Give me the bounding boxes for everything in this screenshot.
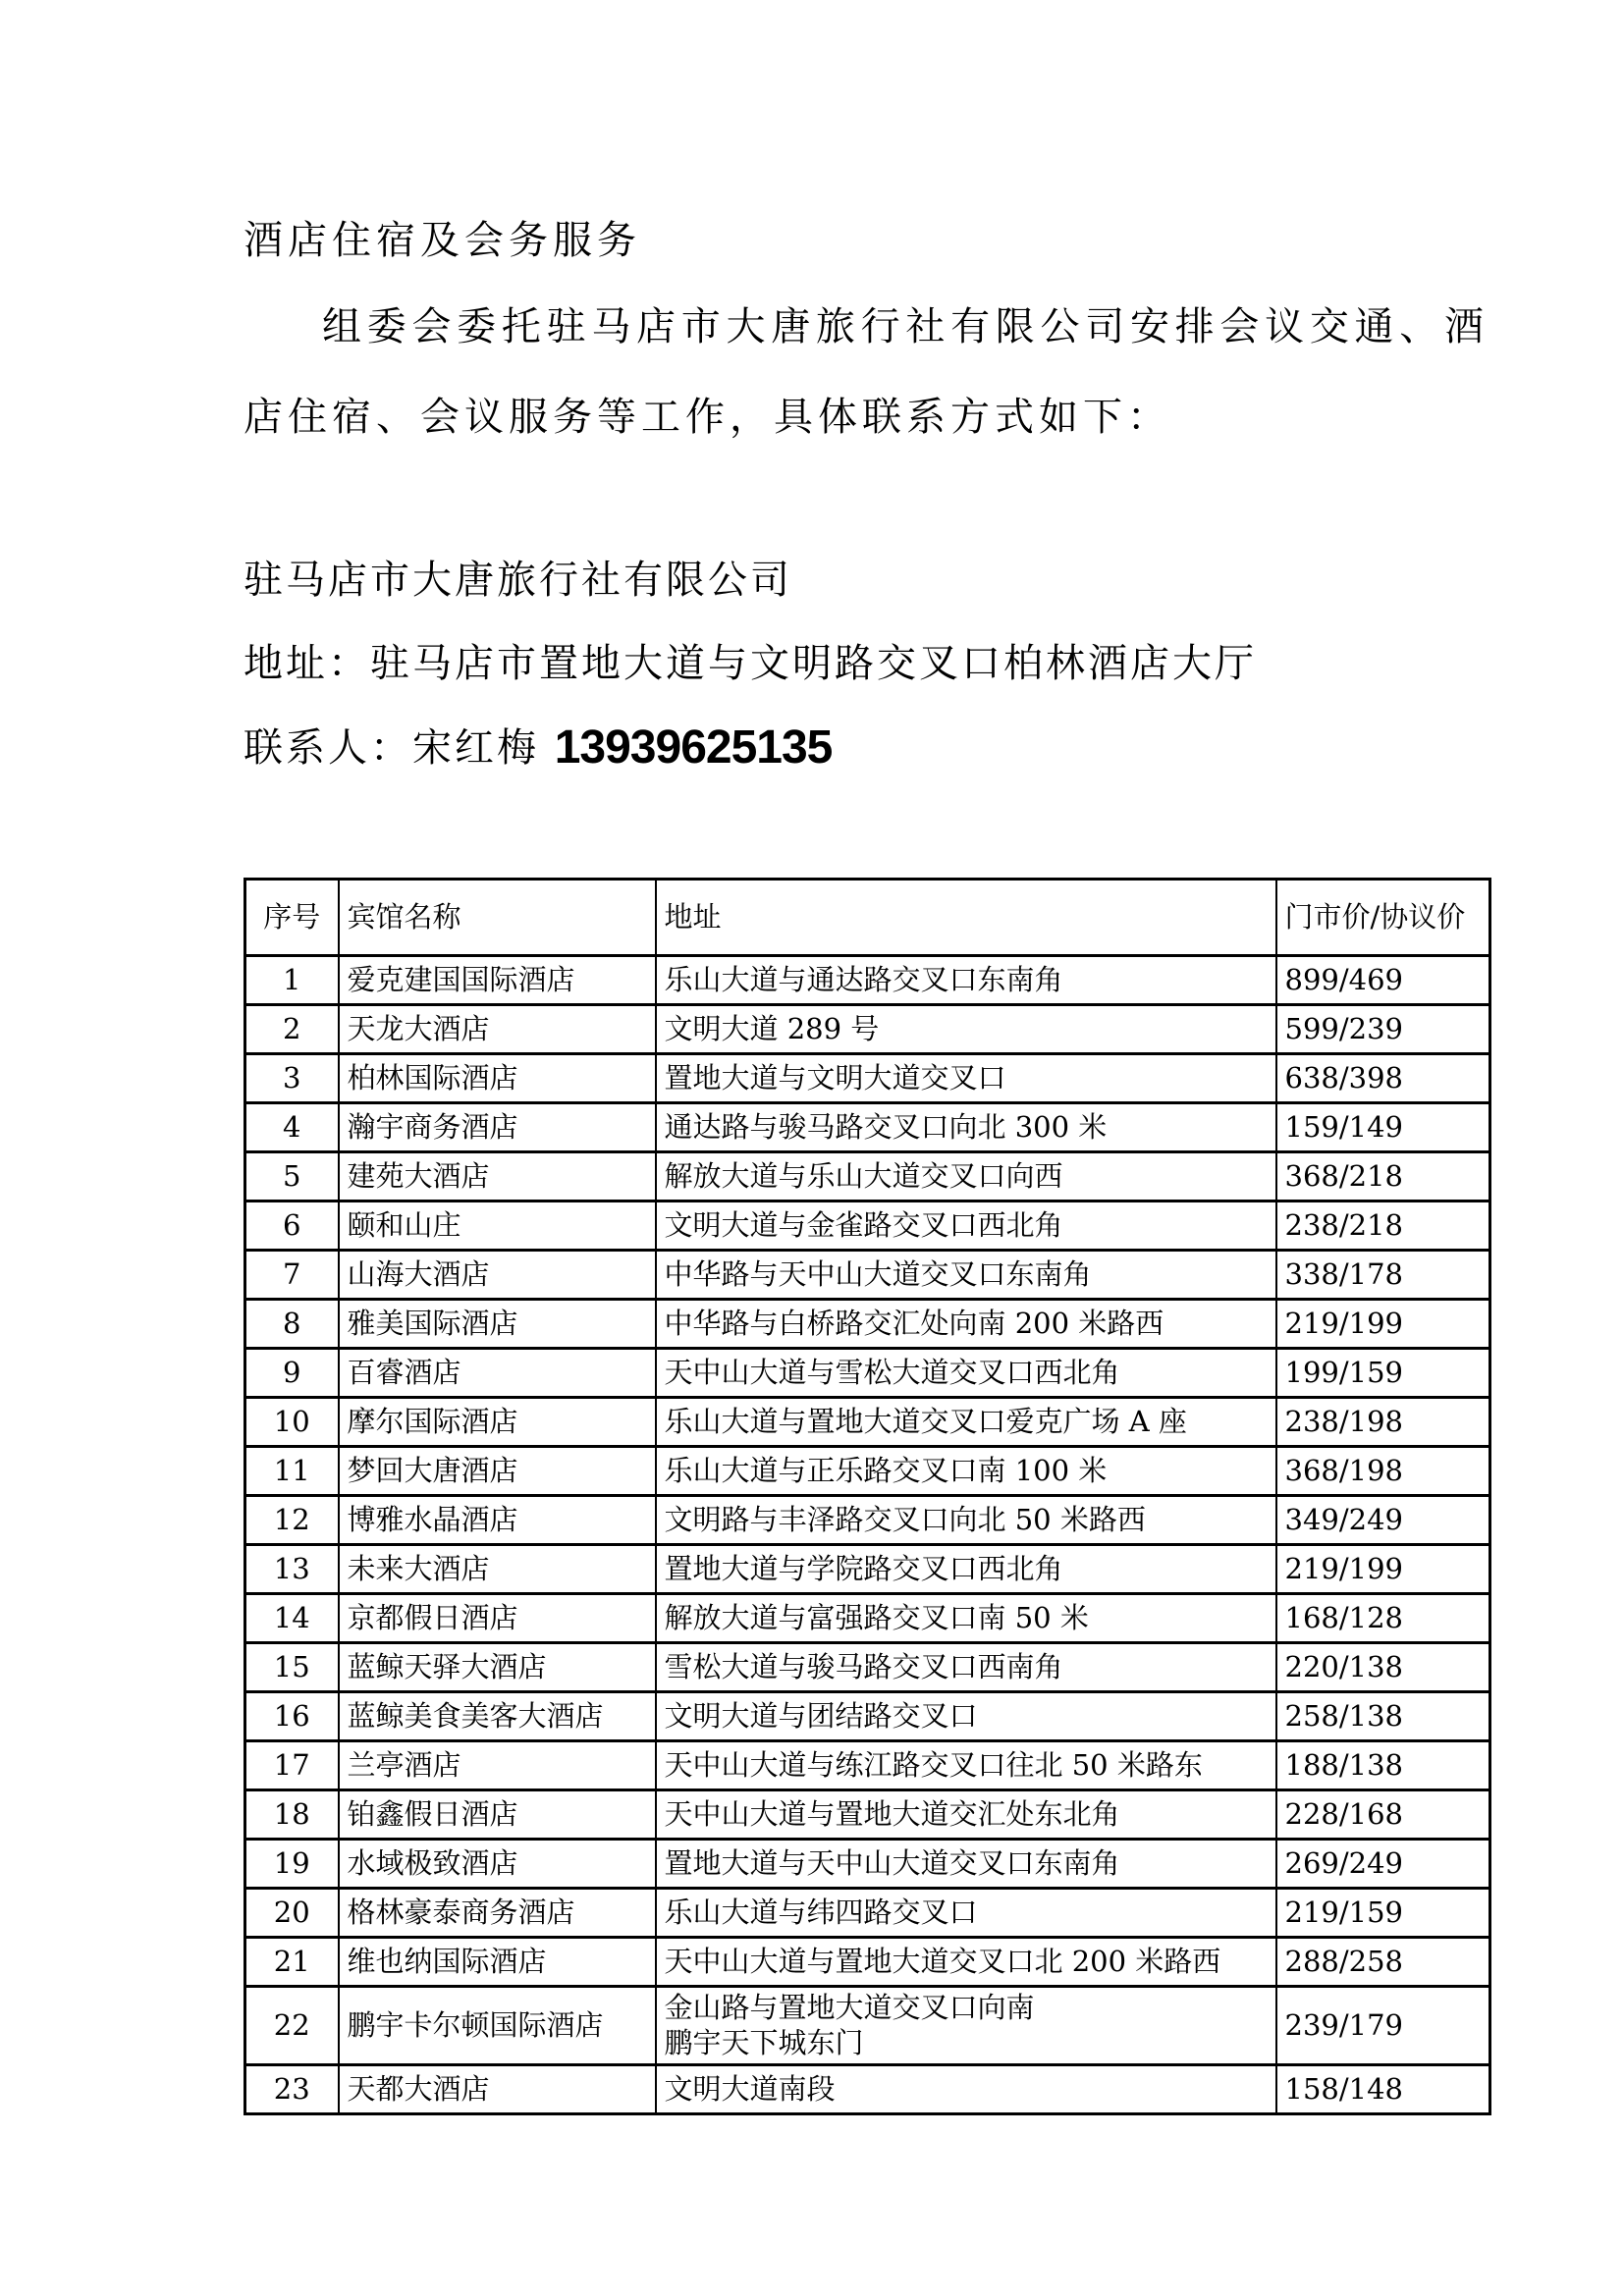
- hotel-name: 未来大酒店: [339, 1545, 656, 1594]
- hotel-price: 638/398: [1276, 1054, 1490, 1103]
- company-name: 驻马店市大唐旅行社有限公司: [244, 539, 1489, 622]
- hotel-name: 摩尔国际酒店: [339, 1398, 656, 1447]
- hotel-address: 乐山大道与纬四路交叉口: [656, 1889, 1276, 1938]
- hotel-price: 349/249: [1276, 1496, 1490, 1545]
- hotel-price: 159/149: [1276, 1103, 1490, 1152]
- hotel-address: 天中山大道与置地大道交汇处东北角: [656, 1790, 1276, 1840]
- hotel-address: 文明大道与团结路交叉口: [656, 1692, 1276, 1741]
- hotel-name: 格林豪泰商务酒店: [339, 1889, 656, 1938]
- hotel-price: 599/239: [1276, 1005, 1490, 1054]
- hotel-address: 乐山大道与置地大道交叉口爱克广场 A 座: [656, 1398, 1276, 1447]
- row-number: 4: [245, 1103, 339, 1152]
- hotel-price: 228/168: [1276, 1790, 1490, 1840]
- table-row: 5建苑大酒店解放大道与乐山大道交叉口向西368/218: [245, 1152, 1490, 1201]
- hotel-price: 238/198: [1276, 1398, 1490, 1447]
- column-header-price: 门市价/协议价: [1276, 880, 1490, 956]
- hotel-address: 置地大道与学院路交叉口西北角: [656, 1545, 1276, 1594]
- table-row: 8雅美国际酒店中华路与白桥路交汇处向南 200 米路西219/199: [245, 1300, 1490, 1349]
- hotel-price: 188/138: [1276, 1741, 1490, 1790]
- hotel-address: 天中山大道与练江路交叉口往北 50 米路东: [656, 1741, 1276, 1790]
- row-number: 15: [245, 1643, 339, 1692]
- row-number: 1: [245, 956, 339, 1005]
- hotel-price: 338/178: [1276, 1251, 1490, 1300]
- hotel-table: 序号 宾馆名称 地址 门市价/协议价 1爱克建国国际酒店乐山大道与通达路交叉口东…: [244, 878, 1491, 2115]
- hotel-name: 爱克建国国际酒店: [339, 956, 656, 1005]
- hotel-name: 颐和山庄: [339, 1201, 656, 1251]
- hotel-address: 中华路与天中山大道交叉口东南角: [656, 1251, 1276, 1300]
- row-number: 5: [245, 1152, 339, 1201]
- contact-info-block: 驻马店市大唐旅行社有限公司 地址：驻马店市置地大道与文明路交叉口柏林酒店大厅 联…: [244, 539, 1489, 790]
- contact-phone-number: 13939625135: [555, 721, 833, 774]
- hotel-name: 柏林国际酒店: [339, 1054, 656, 1103]
- hotel-price: 239/179: [1276, 1987, 1490, 2065]
- table-row: 13未来大酒店置地大道与学院路交叉口西北角219/199: [245, 1545, 1490, 1594]
- table-row: 12博雅水晶酒店文明路与丰泽路交叉口向北 50 米路西349/249: [245, 1496, 1490, 1545]
- hotel-address: 乐山大道与通达路交叉口东南角: [656, 956, 1276, 1005]
- row-number: 7: [245, 1251, 339, 1300]
- row-number: 20: [245, 1889, 339, 1938]
- hotel-table-body: 1爱克建国国际酒店乐山大道与通达路交叉口东南角899/4692天龙大酒店文明大道…: [245, 956, 1490, 2114]
- table-row: 9百睿酒店天中山大道与雪松大道交叉口西北角199/159: [245, 1349, 1490, 1398]
- contact-line: 联系人：宋红梅 13939625135: [244, 706, 1489, 790]
- hotel-name: 鹏宇卡尔顿国际酒店: [339, 1987, 656, 2065]
- hotel-price: 219/199: [1276, 1300, 1490, 1349]
- hotel-price: 258/138: [1276, 1692, 1490, 1741]
- row-number: 8: [245, 1300, 339, 1349]
- hotel-price: 199/159: [1276, 1349, 1490, 1398]
- table-row: 20格林豪泰商务酒店乐山大道与纬四路交叉口219/159: [245, 1889, 1490, 1938]
- hotel-price: 368/218: [1276, 1152, 1490, 1201]
- column-header-address: 地址: [656, 880, 1276, 956]
- hotel-address: 通达路与骏马路交叉口向北 300 米: [656, 1103, 1276, 1152]
- hotel-price: 899/469: [1276, 956, 1490, 1005]
- hotel-name: 天龙大酒店: [339, 1005, 656, 1054]
- column-header-name: 宾馆名称: [339, 880, 656, 956]
- hotel-name: 维也纳国际酒店: [339, 1938, 656, 1987]
- row-number: 21: [245, 1938, 339, 1987]
- row-number: 16: [245, 1692, 339, 1741]
- hotel-address: 置地大道与文明大道交叉口: [656, 1054, 1276, 1103]
- row-number: 12: [245, 1496, 339, 1545]
- hotel-price: 288/258: [1276, 1938, 1490, 1987]
- hotel-name: 蓝鲸美食美客大酒店: [339, 1692, 656, 1741]
- table-row: 15蓝鲸天驿大酒店雪松大道与骏马路交叉口西南角220/138: [245, 1643, 1490, 1692]
- hotel-price: 368/198: [1276, 1447, 1490, 1496]
- hotel-address: 文明大道与金雀路交叉口西北角: [656, 1201, 1276, 1251]
- hotel-address: 文明大道 289 号: [656, 1005, 1276, 1054]
- table-row: 1爱克建国国际酒店乐山大道与通达路交叉口东南角899/469: [245, 956, 1490, 1005]
- hotel-name: 蓝鲸天驿大酒店: [339, 1643, 656, 1692]
- hotel-address: 天中山大道与置地大道交叉口北 200 米路西: [656, 1938, 1276, 1987]
- row-number: 2: [245, 1005, 339, 1054]
- table-row: 19水域极致酒店置地大道与天中山大道交叉口东南角269/249: [245, 1840, 1490, 1889]
- hotel-address: 文明大道南段: [656, 2064, 1276, 2113]
- table-row: 18铂鑫假日酒店天中山大道与置地大道交汇处东北角228/168: [245, 1790, 1490, 1840]
- hotel-name: 百睿酒店: [339, 1349, 656, 1398]
- row-number: 13: [245, 1545, 339, 1594]
- document-title: 酒店住宿及会务服务: [244, 221, 1489, 260]
- company-address: 地址：驻马店市置地大道与文明路交叉口柏林酒店大厅: [244, 622, 1489, 706]
- hotel-name: 梦回大唐酒店: [339, 1447, 656, 1496]
- table-row: 14京都假日酒店解放大道与富强路交叉口南 50 米168/128: [245, 1594, 1490, 1643]
- row-number: 23: [245, 2064, 339, 2113]
- hotel-name: 兰亭酒店: [339, 1741, 656, 1790]
- hotel-price: 219/199: [1276, 1545, 1490, 1594]
- row-number: 9: [245, 1349, 339, 1398]
- row-number: 3: [245, 1054, 339, 1103]
- row-number: 19: [245, 1840, 339, 1889]
- hotel-name: 天都大酒店: [339, 2064, 656, 2113]
- hotel-address: 雪松大道与骏马路交叉口西南角: [656, 1643, 1276, 1692]
- hotel-address: 文明路与丰泽路交叉口向北 50 米路西: [656, 1496, 1276, 1545]
- hotel-price: 168/128: [1276, 1594, 1490, 1643]
- hotel-address: 金山路与置地大道交叉口向南 鹏宇天下城东门: [656, 1987, 1276, 2065]
- intro-paragraph: 组委会委托驻马店市大唐旅行社有限公司安排会议交通、酒店住宿、会议服务等工作，具体…: [244, 282, 1489, 462]
- row-number: 22: [245, 1987, 339, 2065]
- hotel-name: 京都假日酒店: [339, 1594, 656, 1643]
- hotel-name: 水域极致酒店: [339, 1840, 656, 1889]
- hotel-name: 山海大酒店: [339, 1251, 656, 1300]
- contact-person-label: 联系人：宋红梅: [244, 725, 539, 771]
- table-row: 23天都大酒店文明大道南段158/148: [245, 2064, 1490, 2113]
- hotel-price: 238/218: [1276, 1201, 1490, 1251]
- table-row: 3柏林国际酒店置地大道与文明大道交叉口638/398: [245, 1054, 1490, 1103]
- hotel-name: 铂鑫假日酒店: [339, 1790, 656, 1840]
- hotel-address: 天中山大道与雪松大道交叉口西北角: [656, 1349, 1276, 1398]
- hotel-address: 中华路与白桥路交汇处向南 200 米路西: [656, 1300, 1276, 1349]
- table-row: 16蓝鲸美食美客大酒店文明大道与团结路交叉口258/138: [245, 1692, 1490, 1741]
- row-number: 17: [245, 1741, 339, 1790]
- hotel-name: 博雅水晶酒店: [339, 1496, 656, 1545]
- hotel-address: 置地大道与天中山大道交叉口东南角: [656, 1840, 1276, 1889]
- table-row: 10摩尔国际酒店乐山大道与置地大道交叉口爱克广场 A 座238/198: [245, 1398, 1490, 1447]
- hotel-name: 雅美国际酒店: [339, 1300, 656, 1349]
- hotel-address: 解放大道与富强路交叉口南 50 米: [656, 1594, 1276, 1643]
- hotel-price: 269/249: [1276, 1840, 1490, 1889]
- table-row: 7山海大酒店中华路与天中山大道交叉口东南角338/178: [245, 1251, 1490, 1300]
- column-header-number: 序号: [245, 880, 339, 956]
- row-number: 10: [245, 1398, 339, 1447]
- hotel-address: 乐山大道与正乐路交叉口南 100 米: [656, 1447, 1276, 1496]
- hotel-name: 建苑大酒店: [339, 1152, 656, 1201]
- row-number: 6: [245, 1201, 339, 1251]
- hotel-address: 解放大道与乐山大道交叉口向西: [656, 1152, 1276, 1201]
- hotel-price: 219/159: [1276, 1889, 1490, 1938]
- table-row: 11梦回大唐酒店乐山大道与正乐路交叉口南 100 米368/198: [245, 1447, 1490, 1496]
- table-row: 17兰亭酒店天中山大道与练江路交叉口往北 50 米路东188/138: [245, 1741, 1490, 1790]
- table-header-row: 序号 宾馆名称 地址 门市价/协议价: [245, 880, 1490, 956]
- table-row: 6颐和山庄文明大道与金雀路交叉口西北角238/218: [245, 1201, 1490, 1251]
- table-row: 4瀚宇商务酒店通达路与骏马路交叉口向北 300 米159/149: [245, 1103, 1490, 1152]
- table-row: 21维也纳国际酒店天中山大道与置地大道交叉口北 200 米路西288/258: [245, 1938, 1490, 1987]
- table-row: 2天龙大酒店文明大道 289 号599/239: [245, 1005, 1490, 1054]
- table-row: 22鹏宇卡尔顿国际酒店金山路与置地大道交叉口向南 鹏宇天下城东门239/179: [245, 1987, 1490, 2065]
- document-page: 酒店住宿及会务服务 组委会委托驻马店市大唐旅行社有限公司安排会议交通、酒店住宿、…: [0, 0, 1624, 2296]
- hotel-name: 瀚宇商务酒店: [339, 1103, 656, 1152]
- hotel-price: 220/138: [1276, 1643, 1490, 1692]
- row-number: 11: [245, 1447, 339, 1496]
- row-number: 18: [245, 1790, 339, 1840]
- document-content: 酒店住宿及会务服务 组委会委托驻马店市大唐旅行社有限公司安排会议交通、酒店住宿、…: [244, 221, 1489, 2115]
- hotel-price: 158/148: [1276, 2064, 1490, 2113]
- row-number: 14: [245, 1594, 339, 1643]
